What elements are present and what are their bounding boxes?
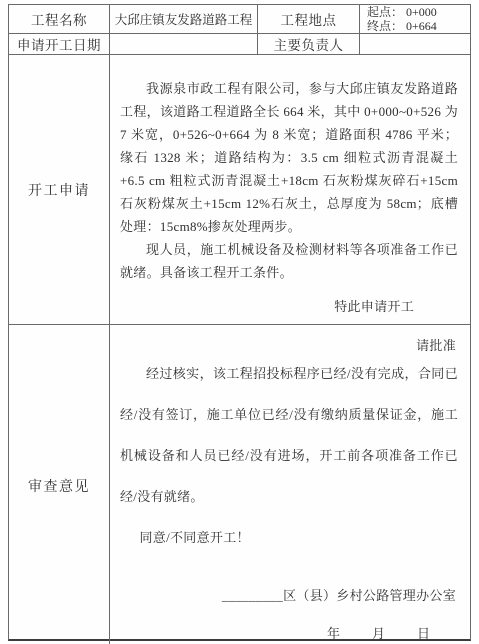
- location-start-value: 起点： 0+000: [367, 5, 437, 19]
- project-name-label: 工程名称: [9, 5, 110, 33]
- document-page: 工程名称 大邱庄镇友发路道路工程 工程地点 起点： 0+000 终点： 0+66…: [0, 0, 479, 644]
- office-signature-line: _________区（县）乡村公路管理办公室: [120, 584, 458, 608]
- header-row-date-manager: 申请开工日期 主要负责人: [9, 34, 470, 55]
- application-body: 我源泉市政工程有限公司，参与大邱庄镇友发路道路工程，该道路工程道路全长 664 …: [110, 55, 470, 324]
- review-paragraph: 经过核实，该工程招投标程序已经/没有完成，合同已经/没有签订，施工单位已经/没有…: [120, 353, 458, 517]
- header-row-project: 工程名称 大邱庄镇友发路道路工程 工程地点 起点： 0+000 终点： 0+66…: [9, 5, 470, 34]
- location-end-value: 终点： 0+664: [367, 19, 437, 33]
- location-label: 工程地点: [258, 5, 360, 33]
- apply-date-blank-cell: [110, 34, 258, 54]
- application-section-label: 开工申请: [9, 55, 110, 324]
- application-paragraph-2: 现人员，施工机械设备及检测材料等各项准备工作已就绪。具备该工程开工条件。: [120, 238, 458, 284]
- application-paragraph-1: 我源泉市政工程有限公司，参与大邱庄镇友发路道路工程，该道路工程道路全长 664 …: [120, 77, 458, 238]
- apply-date-label: 申请开工日期: [9, 34, 110, 54]
- application-section: 开工申请 我源泉市政工程有限公司，参与大邱庄镇友发路道路工程，该道路工程道路全长…: [9, 55, 470, 325]
- review-body: 经过核实，该工程招投标程序已经/没有完成，合同已经/没有签订，施工单位已经/没有…: [110, 325, 470, 644]
- review-section: 审查意见 经过核实，该工程招投标程序已经/没有完成，合同已经/没有签订，施工单位…: [9, 325, 470, 644]
- work-start-application-form: 工程名称 大邱庄镇友发路道路工程 工程地点 起点： 0+000 终点： 0+66…: [8, 4, 471, 641]
- manager-label: 主要负责人: [258, 34, 360, 54]
- closing-statement: 特此申请开工: [120, 296, 458, 315]
- review-section-label: 审查意见: [9, 325, 110, 644]
- project-name-value: 大邱庄镇友发路道路工程: [110, 5, 258, 33]
- date-line: 年 月 日: [120, 622, 458, 644]
- decision-statement: 同意/不同意开工！: [120, 517, 458, 558]
- location-stakes-cell: 起点： 0+000 终点： 0+664: [360, 5, 470, 33]
- manager-blank-cell: [360, 34, 470, 54]
